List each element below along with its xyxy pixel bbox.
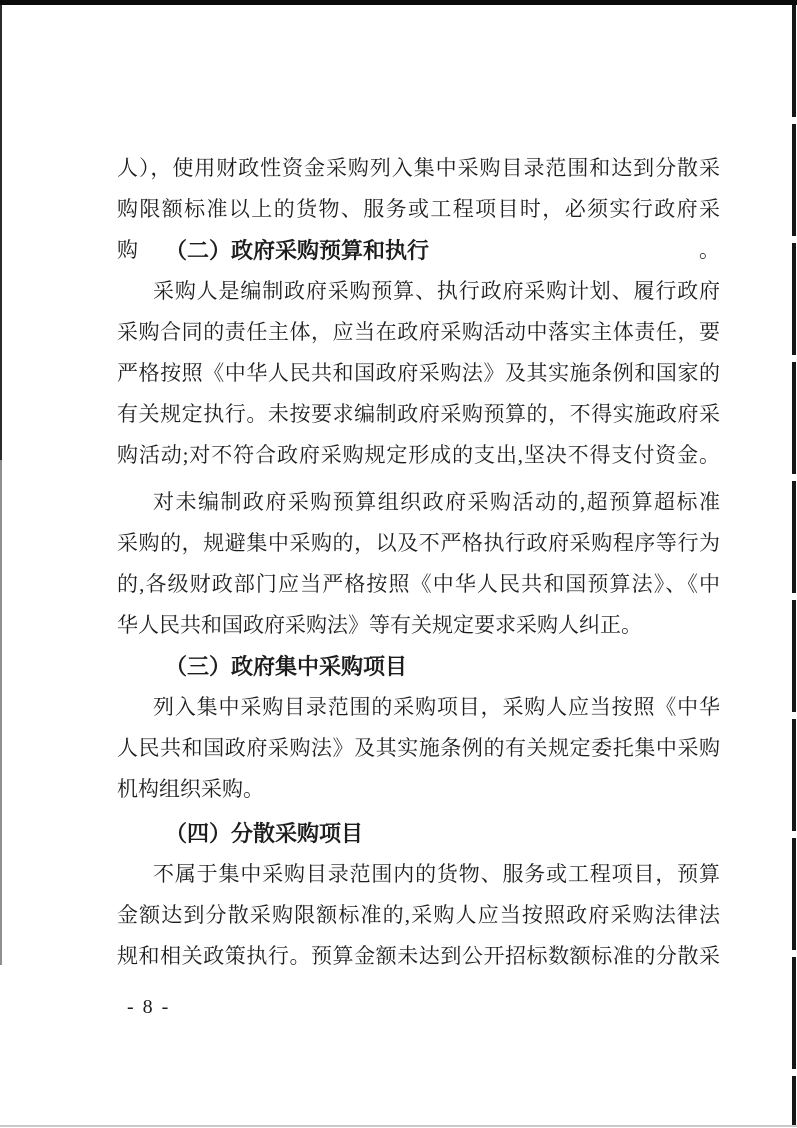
- body-line: 购活动;对不符合政府采购规定形成的支出,坚决不得支付资金。: [117, 435, 720, 476]
- scan-edge-left-dark: [0, 5, 2, 460]
- body-line: 不属于集中采购目录范围内的货物、服务或工程项目，预算: [117, 854, 720, 895]
- body-line: 列入集中采购目录范围的采购项目，采购人应当按照《中华: [117, 687, 720, 728]
- page-number: - 8 -: [127, 987, 720, 1028]
- body-line: 购限额标准以上的货物、服务或工程项目时，必须实行政府采购。: [117, 189, 720, 230]
- body-line: 机构组织采购。: [117, 769, 720, 810]
- scan-edge-bottom: [0, 1125, 797, 1127]
- body-line: 对未编制政府采购预算组织政府采购活动的,超预算超标准: [117, 482, 720, 523]
- body-line: 华人民共和国政府采购法》等有关规定要求采购人纠正。: [117, 605, 720, 646]
- body-line: 金额达到分散采购限额标准的,采购人应当按照政府采购法律法: [117, 895, 720, 936]
- body-line: 规和相关政策执行。预算金额未达到公开招标数额标准的分散采: [117, 936, 720, 977]
- scan-edge-top: [0, 0, 797, 5]
- body-line: 人民共和国政府采购法》及其实施条例的有关规定委托集中采购: [117, 728, 720, 769]
- scan-edge-left-gray: [0, 460, 2, 965]
- body-line: 采购合同的责任主体，应当在政府采购活动中落实主体责任，要: [117, 312, 720, 353]
- body-line: 严格按照《中华人民共和国政府采购法》及其实施条例和国家的: [117, 353, 720, 394]
- body-line: 采购的，规避集中采购的，以及不严格执行政府采购程序等行为: [117, 523, 720, 564]
- scanned-document-page: 人），使用财政性资金采购列入集中采购目录范围和达到分散采 购限额标准以上的货物、…: [0, 0, 797, 1128]
- section-heading: （三）政府集中采购项目: [117, 646, 720, 687]
- document-body: 人），使用财政性资金采购列入集中采购目录范围和达到分散采 购限额标准以上的货物、…: [117, 148, 720, 1028]
- body-line: 的,各级财政部门应当严格按照《中华人民共和国预算法》、《中: [117, 564, 720, 605]
- scan-edge-right: [792, 5, 796, 1125]
- body-line: 采购人是编制政府采购预算、执行政府采购计划、履行政府: [117, 271, 720, 312]
- section-heading: （四）分散采购项目: [117, 813, 720, 854]
- body-line: 人），使用财政性资金采购列入集中采购目录范围和达到分散采: [117, 148, 720, 189]
- body-line: 有关规定执行。未按要求编制政府采购预算的，不得实施政府采: [117, 394, 720, 435]
